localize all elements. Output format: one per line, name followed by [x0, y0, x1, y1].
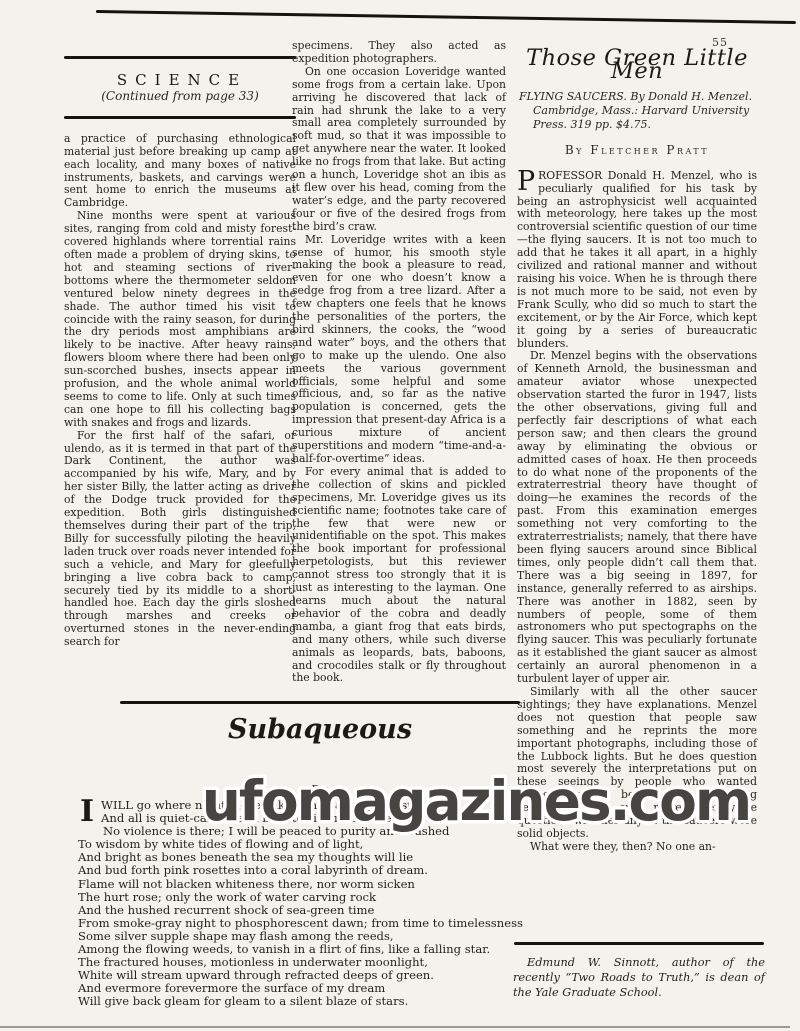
science-title: SCIENCE: [68, 74, 296, 87]
review-dropcap: P: [517, 170, 538, 194]
middle-paragraph: For every animal that is added to the co…: [292, 466, 506, 685]
review-paragraph: Similarly with all the other saucer sigh…: [517, 686, 757, 841]
middle-paragraph: Mr. Loveridge writes with a keen sense o…: [292, 234, 506, 466]
top-scan-line: [96, 10, 796, 24]
science-rule-top: [64, 56, 296, 59]
review-footnote: Edmund W. Sinnott, author of the recentl…: [513, 956, 765, 1000]
science-paragraph: For the first half of the safari, or ule…: [64, 430, 296, 649]
poem-line: And bud forth pink rosettes into a coral…: [78, 864, 522, 877]
science-rule-bottom: [64, 116, 296, 119]
poem-line: And the hushed recurrent shock of sea-gr…: [78, 904, 522, 917]
poem-title: Subaqueous: [120, 714, 520, 745]
poem-line: From smoke-gray night to phosphorescent …: [78, 917, 522, 930]
poem-byline: By: [120, 782, 520, 796]
review-paragraph: PROFESSOR Donald H. Menzel, who is pecul…: [517, 170, 757, 351]
science-column: SCIENCE (Continued from page 33) a pract…: [64, 56, 296, 649]
poem-dropcap: I: [78, 799, 101, 824]
bottom-scan-line: [0, 1026, 790, 1028]
poem-rule-top: [120, 701, 520, 704]
review-byline: By Fletcher Pratt: [517, 144, 757, 157]
middle-paragraph: On one occasion Loveridge wanted some fr…: [292, 66, 506, 234]
poem-line: The hurt rose; only the work of water ca…: [78, 891, 522, 904]
footnote-rule: [514, 942, 764, 945]
science-body: a practice of purchasing ethnological ma…: [64, 133, 296, 649]
science-paragraph: a practice of purchasing ethnological ma…: [64, 133, 296, 210]
science-paragraph: Nine months were spent at various sites,…: [64, 210, 296, 429]
review-paragraph: Dr. Menzel begins with the observations …: [517, 350, 757, 686]
review-paragraph: What were they, then? No one an-: [517, 841, 757, 854]
poem-line: Flame will not blacken whiteness there, …: [78, 878, 522, 891]
review-paragraph-text: ROFESSOR Donald H. Menzel, who is peculi…: [517, 169, 757, 350]
poem-body: I WILL go where night moves like a mist …: [78, 799, 522, 1009]
middle-column: specimens. They also acted as expedition…: [292, 40, 506, 685]
science-continued-note: (Continued from page 33): [64, 90, 296, 103]
poem-line: Will give back gleam for gleam to a sile…: [78, 995, 522, 1008]
middle-paragraph: specimens. They also acted as expedition…: [292, 40, 506, 66]
review-column: Those Green Little Men FLYING SAUCERS. B…: [517, 52, 757, 854]
review-title: Those Green Little Men: [517, 52, 757, 78]
review-citation: FLYING SAUCERS. By Donald H. Menzel. Cam…: [519, 90, 757, 132]
magazine-page: 55 SCIENCE (Continued from page 33) a pr…: [0, 0, 800, 1031]
